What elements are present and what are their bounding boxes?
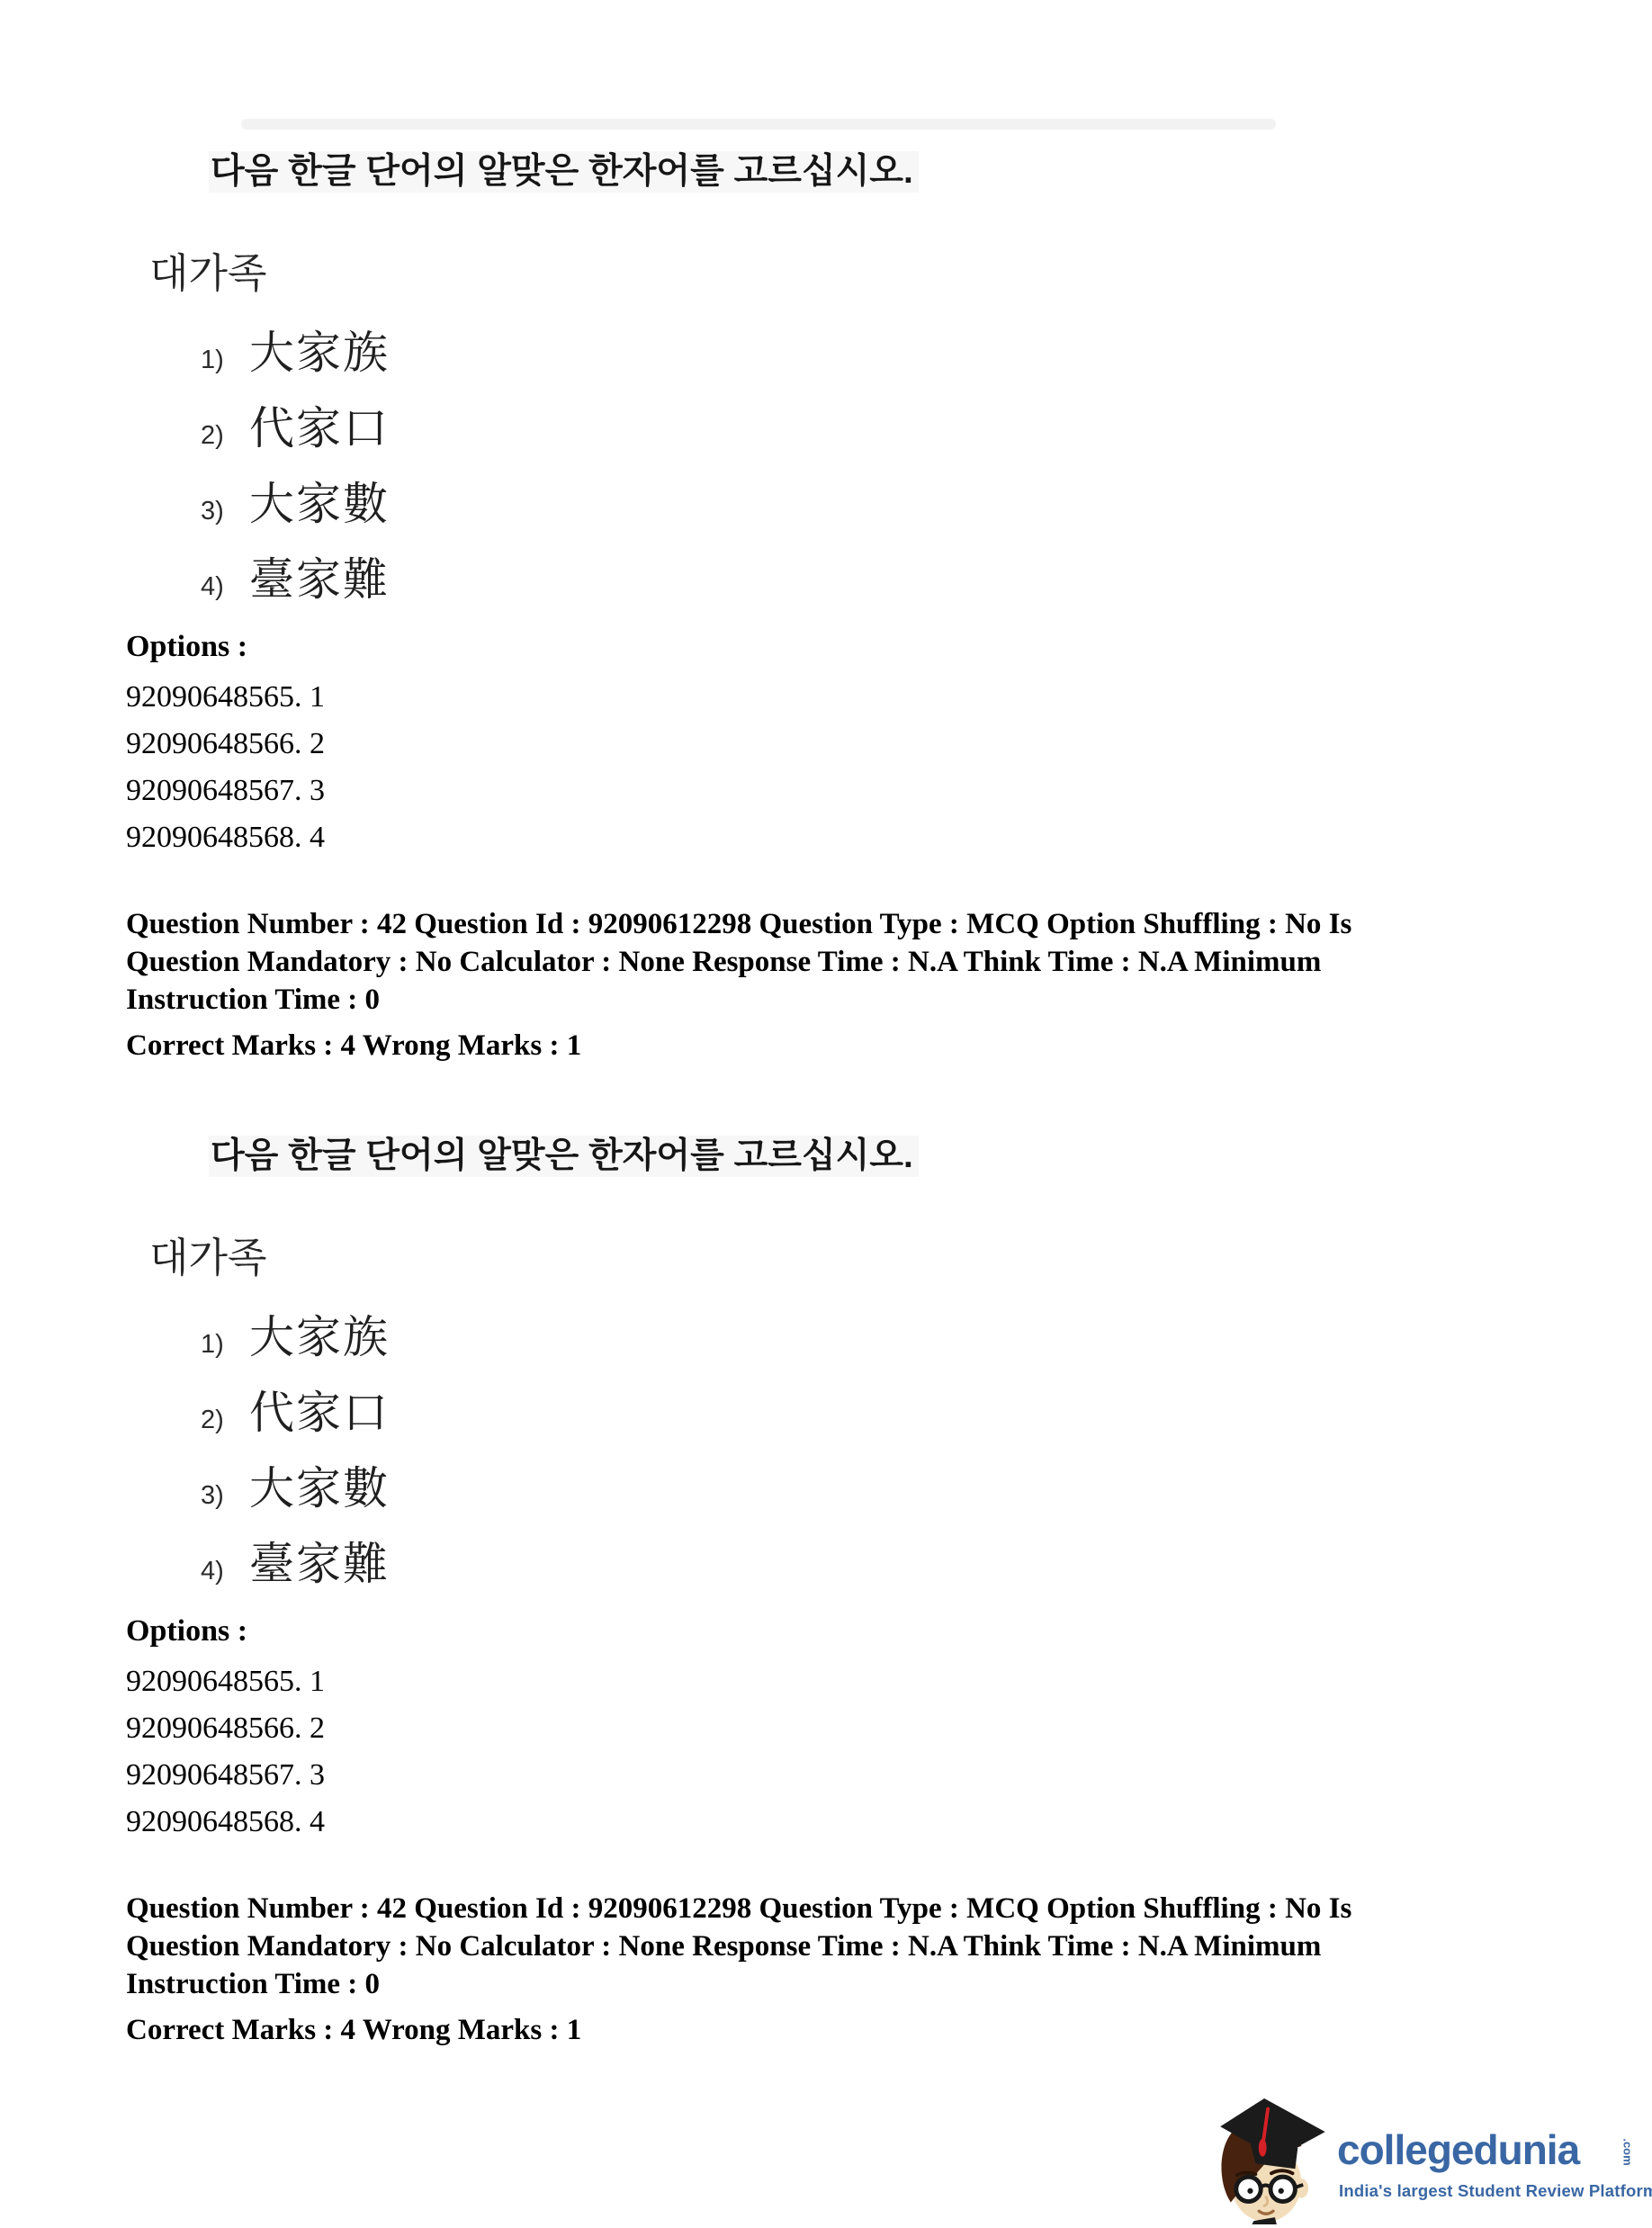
choice-row: 4) 臺家難 bbox=[201, 1538, 1652, 1590]
choice-text: 大家族 bbox=[249, 1311, 390, 1363]
question-metadata: Question Number : 42 Question Id : 92090… bbox=[126, 905, 1494, 1019]
choice-number: 2) bbox=[201, 421, 249, 451]
choice-row: 2) 代家口 bbox=[201, 402, 1652, 454]
choice-number: 4) bbox=[201, 572, 249, 602]
option-id-line: 92090648566. 2 bbox=[126, 721, 1652, 768]
option-id-line: 92090648567. 3 bbox=[126, 1752, 1652, 1799]
choice-text: 大家數 bbox=[249, 1462, 390, 1514]
choice-number: 2) bbox=[201, 1406, 249, 1435]
marks-line: Correct Marks : 4 Wrong Marks : 1 bbox=[126, 2011, 1652, 2049]
choice-number: 1) bbox=[201, 346, 249, 375]
metadata-line: Question Mandatory : No Calculator : Non… bbox=[126, 943, 1494, 981]
mascot-icon bbox=[1211, 2097, 1330, 2224]
option-id-line: 92090648568. 4 bbox=[126, 1799, 1652, 1846]
metadata-line: Instruction Time : 0 bbox=[126, 1965, 1494, 2003]
choice-row: 1) 大家族 bbox=[201, 1311, 1652, 1363]
choice-text: 代家口 bbox=[249, 1387, 390, 1439]
question-instruction: 다음 한글 단어의 알맞은 한자어를 고르십시오. bbox=[209, 151, 919, 193]
choice-text: 大家族 bbox=[249, 327, 390, 379]
option-id-line: 92090648566. 2 bbox=[126, 1705, 1652, 1752]
question-block-1: 다음 한글 단어의 알맞은 한자어를 고르십시오. 대가족 1) 大家族 2) … bbox=[0, 151, 1652, 1065]
choice-number: 3) bbox=[201, 1481, 249, 1511]
marks-line: Correct Marks : 4 Wrong Marks : 1 bbox=[126, 1027, 1652, 1065]
question-instruction: 다음 한글 단어의 알맞은 한자어를 고르십시오. bbox=[209, 1136, 919, 1177]
brand-wordmark: collegedunia bbox=[1337, 2129, 1579, 2170]
choice-number: 4) bbox=[201, 1557, 249, 1586]
exam-question-page: 다음 한글 단어의 알맞은 한자어를 고르십시오. 대가족 1) 大家族 2) … bbox=[0, 0, 1652, 2228]
metadata-line: Question Number : 42 Question Id : 92090… bbox=[126, 1890, 1494, 1927]
choice-text: 臺家難 bbox=[249, 553, 390, 606]
choice-text: 臺家難 bbox=[249, 1538, 390, 1590]
brand-tld: .com bbox=[1621, 2138, 1634, 2165]
option-id-line: 92090648567. 3 bbox=[126, 768, 1652, 814]
collegedunia-logo: collegedunia .com India's largest Studen… bbox=[1211, 2097, 1643, 2224]
question-metadata: Question Number : 42 Question Id : 92090… bbox=[126, 1890, 1494, 2003]
choice-list: 1) 大家族 2) 代家口 3) 大家數 4) 臺家難 bbox=[0, 327, 1652, 606]
question-block-2: 다음 한글 단어의 알맞은 한자어를 고르십시오. 대가족 1) 大家族 2) … bbox=[0, 1136, 1652, 2049]
choice-row: 3) 大家數 bbox=[201, 1462, 1652, 1514]
choice-row: 2) 代家口 bbox=[201, 1387, 1652, 1439]
choice-list: 1) 大家族 2) 代家口 3) 大家數 4) 臺家難 bbox=[0, 1311, 1652, 1590]
choice-text: 代家口 bbox=[249, 402, 390, 454]
metadata-line: Question Mandatory : No Calculator : Non… bbox=[126, 1927, 1494, 1965]
choice-row: 3) 大家數 bbox=[201, 478, 1652, 530]
question-word: 대가족 bbox=[149, 249, 1652, 298]
question-word: 대가족 bbox=[149, 1234, 1652, 1282]
options-heading: Options : bbox=[126, 1613, 1652, 1649]
metadata-line: Instruction Time : 0 bbox=[126, 981, 1494, 1019]
choice-row: 1) 大家族 bbox=[201, 327, 1652, 379]
option-id-line: 92090648565. 1 bbox=[126, 1658, 1652, 1705]
option-id-line: 92090648568. 4 bbox=[126, 814, 1652, 861]
scan-artifact bbox=[241, 119, 1276, 130]
metadata-line: Question Number : 42 Question Id : 92090… bbox=[126, 905, 1494, 943]
choice-row: 4) 臺家難 bbox=[201, 553, 1652, 606]
brand-tagline: India's largest Student Review Platform bbox=[1339, 2181, 1652, 2201]
option-id-line: 92090648565. 1 bbox=[126, 674, 1652, 721]
choice-number: 3) bbox=[201, 497, 249, 526]
choice-text: 大家數 bbox=[249, 478, 390, 530]
choice-number: 1) bbox=[201, 1330, 249, 1360]
options-heading: Options : bbox=[126, 629, 1652, 665]
